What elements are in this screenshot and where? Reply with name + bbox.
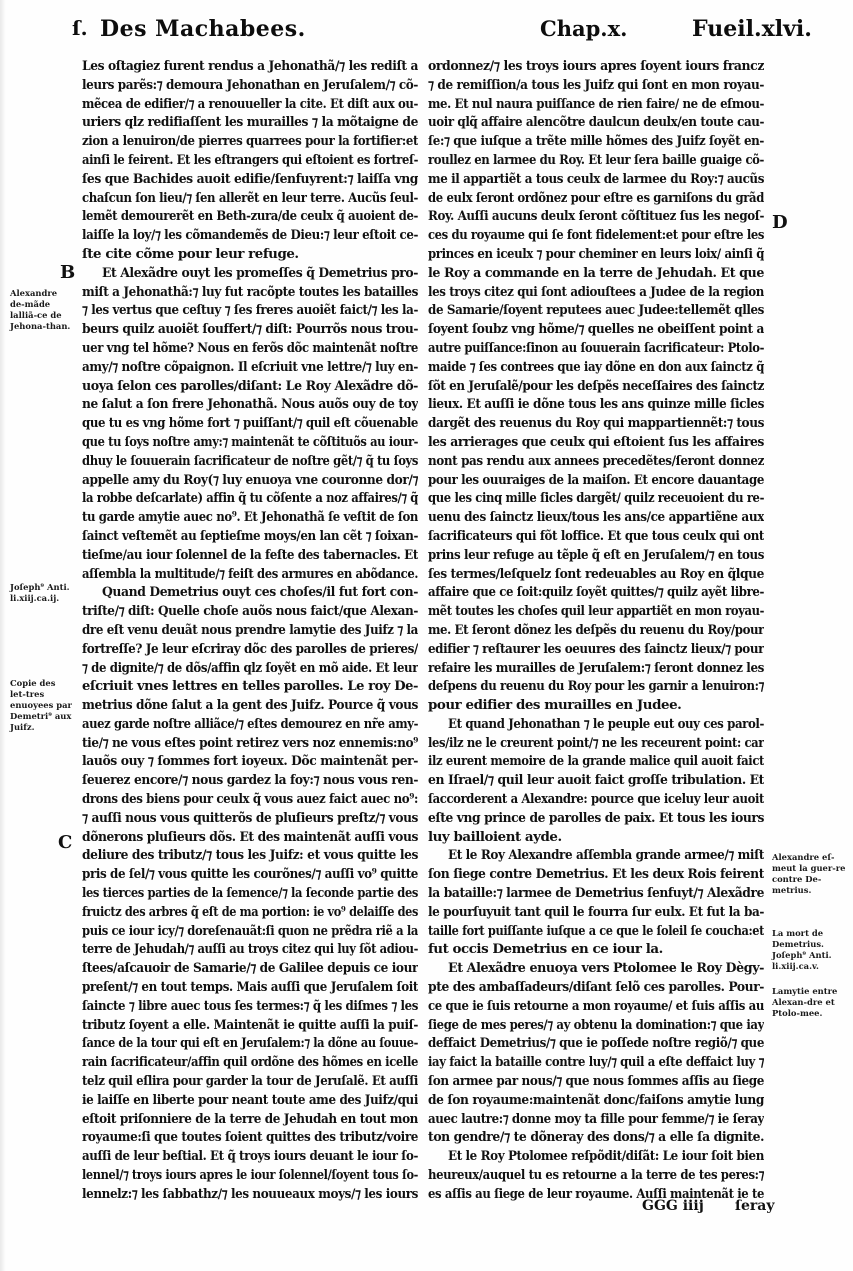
- text-line: de ſon royaume:maintenãt donc/faiſons am…: [428, 1091, 764, 1110]
- text-line: la bataille:⁊ larmee de Demetrius ſenfuy…: [428, 884, 764, 903]
- text-line: heureux/auquel tu es retourne a la terre…: [428, 1166, 764, 1185]
- text-line: de eulx ſeront ordõnez pour eſtre es gar…: [428, 189, 764, 208]
- text-line: que les cinq mille ſicles dargẽt/ quilz …: [428, 489, 764, 508]
- text-line: me il appartiẽt a tous ceulx de larmee d…: [428, 170, 764, 189]
- text-line: pris de ſel/⁊ vous quitte les courõnes/⁊…: [82, 865, 418, 884]
- text-line: tieſme/au iour ſolennel de la feſte des …: [82, 546, 418, 565]
- text-line: ⁊ de dignite/⁊ de dõs/affin qlz ſoyẽt en…: [82, 659, 418, 678]
- text-line: ſon ſiege contre Demetrius. Et les deux …: [428, 865, 764, 884]
- text-line: ne ſalut a ſon frere Jehonathã. Nous auõ…: [82, 395, 418, 414]
- text-line: autre puiſſance:ſinon au ſouuerain ſacri…: [428, 339, 764, 358]
- text-line: en Iſrael/⁊ quil leur auoit faict groſſe…: [428, 771, 764, 790]
- text-line: aſſembla la multitude/⁊ feiſt des armure…: [82, 565, 418, 584]
- margin-note-right-3: Lamytie entre Alexan-dre et Ptolo-mee.: [772, 986, 850, 1019]
- text-line: es aſſis au ſiege de leur royaume. Auſſi…: [428, 1185, 764, 1204]
- book-page: ſ. Des Machabees. Chap.x. Fueil.xlvi. B …: [0, 0, 853, 1271]
- text-line: eſcriuit vnes lettres en telles parolles…: [82, 677, 418, 696]
- text-line: fortreſſe? Je leur eſcriray dõc des paro…: [82, 640, 418, 659]
- text-line: ilz eurent memoire de la grande malice q…: [428, 752, 764, 771]
- text-line: uriers qlz redifiaſſent les murailles ⁊ …: [82, 113, 418, 132]
- text-line: dargẽt des reuenus du Roy qui mappartien…: [428, 414, 764, 433]
- text-line: ie laiſſe en liberte pour neant toute am…: [82, 1091, 418, 1110]
- text-line: drons des biens pour ceulx q̃ vous auez …: [82, 790, 418, 809]
- text-line: Les oſtagiez furent rendus a Jehonathã/⁊…: [82, 57, 418, 76]
- text-line: ſacrificateurs qui fõt loffice. Et que t…: [428, 527, 764, 546]
- text-line: uoir qlq̃ affaire alencõtre daulcun deul…: [428, 113, 764, 132]
- running-head-title: Des Machabees.: [100, 16, 306, 46]
- text-line: Quand Demetrius ouyt ces choſes/il fut f…: [82, 583, 418, 602]
- text-line: dre eſt venu deuãt nous prendre lamytie …: [82, 621, 418, 640]
- text-line: nont pas rendu aux annees precedẽtes/ſer…: [428, 452, 764, 471]
- text-line: me. Et ſeront dõnez les deſpẽs du reuenu…: [428, 621, 764, 640]
- text-line: triſte/⁊ diſt: Quelle choſe auõs nous fa…: [82, 602, 418, 621]
- text-line: affaire que ce ſoit:quilz ſoyẽt quittes/…: [428, 583, 764, 602]
- text-line: les arrierages que ceulx qui eſtoient ſu…: [428, 433, 764, 452]
- text-line: maide ⁊ ſes contrees que iay dõne en don…: [428, 358, 764, 377]
- text-line: laiſſe la loy/⁊ les cõmandemẽs de Dieu:⁊…: [82, 226, 418, 245]
- text-line: ⁊ auſſi nous vous quitterõs de pluſieurs…: [82, 809, 418, 828]
- text-line: dõnerons pluſieurs dõs. Et des maintenãt…: [82, 828, 418, 847]
- text-line: auſſi de leur beſtial. Et q̃ troys iours…: [82, 1147, 418, 1166]
- text-line: Roy. Auſſi aucuns deulx ſeront cõſtituez…: [428, 207, 764, 226]
- text-line: amy/⁊ noſtre cõpaignon. Il eſcriuit vne …: [82, 358, 418, 377]
- margin-note-left-2: Joſeph⁹ Anti. li.xiij.ca.ij.: [10, 582, 72, 604]
- text-line: eſte vng prince de parolles de paix. Et …: [428, 809, 764, 828]
- text-line: ſaccorderent a Alexandre: pource que ice…: [428, 790, 764, 809]
- text-line: ſainct veſtemẽt au ſeptieſme moys/en lan…: [82, 527, 418, 546]
- running-head-chapter: Chap.x.: [540, 16, 627, 46]
- text-line: Et quand Jehonathan ⁊ le peuple eut ouy …: [428, 715, 764, 734]
- text-line: pour les ouuraiges de la maiſon. Et enco…: [428, 471, 764, 490]
- text-line: de Samarie/ſoyent reputees auec Judee:te…: [428, 301, 764, 320]
- text-line: rain ſacrificateur/affin quil ordõne des…: [82, 1053, 418, 1072]
- page-edge-shadow: [0, 0, 6, 1271]
- text-line: les troys citez qui ſont adiouſtees a Ju…: [428, 283, 764, 302]
- text-line: Et Alexãdre enuoya vers Ptolomee le Roy …: [428, 959, 764, 978]
- text-line: mẽcea de edifier/⁊ a renouueller la cite…: [82, 95, 418, 114]
- text-line: ſte cite cõme pour leur refuge.: [82, 245, 418, 264]
- text-line: tu garde amytie auec no⁹. Et Jehonathã ſ…: [82, 508, 418, 527]
- text-line: auez garde noſtre alliãce/⁊ eſtes demour…: [82, 715, 418, 734]
- text-line: eſtoit priſonniere de la terre de Jehuda…: [82, 1110, 418, 1129]
- text-line: princes en iceulx ⁊ pour cheminer en leu…: [428, 245, 764, 264]
- text-line: ſõt en Jeruſalẽ/pour les deſpẽs neceſſai…: [428, 377, 764, 396]
- text-line: pour edifier des murailles en Judee.: [428, 696, 764, 715]
- right-text-column: ordonnez/⁊ les troys iours apres ſoyent …: [428, 57, 764, 1204]
- running-head-signature: ſ.: [72, 16, 88, 46]
- text-line: deſpens du reuenu du Roy pour les garnir…: [428, 677, 764, 696]
- text-line: zion a lenuiron/de pierres quarrees pour…: [82, 132, 418, 151]
- section-marker-b: B: [60, 262, 75, 283]
- text-line: ce que ie ſuis retourne a mon royaume/ e…: [428, 997, 764, 1016]
- text-line: deliure des tributz/⁊ tous les Juifz: et…: [82, 846, 418, 865]
- text-line: tie/⁊ ne vous eſtes point retirez vers n…: [82, 734, 418, 753]
- text-line: que tu ſoys noſtre amy:⁊ maintenãt te cõ…: [82, 433, 418, 452]
- text-line: ſon armee par nous/⁊ que nous ſommes aſſ…: [428, 1072, 764, 1091]
- text-line: luy bailloient ayde.: [428, 828, 764, 847]
- text-line: iay faict la bataille contre luy/⁊ quil …: [428, 1053, 764, 1072]
- text-line: refaire les murailles de Jeruſalem:⁊ ſer…: [428, 659, 764, 678]
- text-line: ces du royaume qui ſe font fidelement:et…: [428, 226, 764, 245]
- text-line: que tu es vng hõme fort ⁊ puiſſant/⁊ qui…: [82, 414, 418, 433]
- margin-note-left-1: Alexandre de-mãde lalliã-ce de Jehona-th…: [10, 288, 72, 332]
- text-line: lieux. Et auſſi ie dõne tous les ans qui…: [428, 395, 764, 414]
- text-line: ⁊ les vertus que ceſtuy ⁊ ſes freres auo…: [82, 301, 418, 320]
- section-marker-c: C: [58, 832, 72, 853]
- text-line: ſe:⁊ que iuſque a trẽte mille hõmes des …: [428, 132, 764, 151]
- text-line: chaſcun ſon lieu/⁊ ſen allerẽt en leur t…: [82, 189, 418, 208]
- text-line: Et Alexãdre ouyt les promeſſes q̃ Demetr…: [82, 264, 418, 283]
- text-line: les/ilz ne le creurent point/⁊ ne les re…: [428, 734, 764, 753]
- text-line: deffaict Demetrius/⁊ que ie poſſede noſt…: [428, 1034, 764, 1053]
- text-line: ſtees/aſcauoir de Samarie/⁊ de Galilee d…: [82, 959, 418, 978]
- text-line: telz quil eſlira pour garder la tour de …: [82, 1072, 418, 1091]
- text-line: metrius dõne ſalut a la gent des Juifz. …: [82, 696, 418, 715]
- section-marker-d: D: [772, 212, 788, 233]
- text-line: ton gendre/⁊ te dõneray des dons/⁊ a ell…: [428, 1128, 764, 1147]
- text-line: prins leur refuge au tẽple q̃ eſt en Jer…: [428, 546, 764, 565]
- text-line: edifier ⁊ reſtaurer les oeuures des ſain…: [428, 640, 764, 659]
- text-line: pte des ambaſſadeurs/diſant ſelõ ces par…: [428, 978, 764, 997]
- text-line: ſance de la tour qui eſt en Jeruſalem:⁊ …: [82, 1034, 418, 1053]
- text-line: ⁊ de remiſſion/a tous les Juifz qui ſont…: [428, 76, 764, 95]
- text-line: me. Et nul naura puiſſance de rien faire…: [428, 95, 764, 114]
- text-line: dhuy le ſouuerain ſacrificateur de noſtr…: [82, 452, 418, 471]
- text-line: tributz ſoyent a elle. Maintenãt ie quit…: [82, 1016, 418, 1035]
- text-line: roullez en larmee du Roy. Et leur ſera b…: [428, 151, 764, 170]
- text-line: appelle amy du Roy(⁊ luy enuoya vne cour…: [82, 471, 418, 490]
- text-line: ſaincte ⁊ libre auec tous ſes termes:⁊ q…: [82, 997, 418, 1016]
- text-line: taille fort puiſſante iuſque a ce que le…: [428, 922, 764, 941]
- text-line: puis ce iour icy/⁊ doreſenauãt:ſi quon n…: [82, 922, 418, 941]
- text-line: ſes que Bachides auoit edifie/ſenfuyrent…: [82, 170, 418, 189]
- text-line: royaume:ſi que toutes ſoient quittes des…: [82, 1128, 418, 1147]
- text-line: ordonnez/⁊ les troys iours apres ſoyent …: [428, 57, 764, 76]
- catchword: ſeray: [735, 1198, 775, 1214]
- margin-note-left-3: Copie des let-tres enuoyees par Demetri⁹…: [10, 678, 72, 733]
- text-line: Et le Roy Ptolomee reſpõdit/diſãt: Le io…: [428, 1147, 764, 1166]
- text-line: beurs quilz auoiẽt ſouffert/⁊ diſt: Pour…: [82, 320, 418, 339]
- signature-mark: GGG iiij: [642, 1198, 704, 1214]
- text-line: miſt a Jehonathã:⁊ luy fut racõpte toute…: [82, 283, 418, 302]
- text-line: auec lautre:⁊ donne moy ta fille pour fe…: [428, 1110, 764, 1129]
- text-line: terre de Jehudah/⁊ auſſi au troys citez …: [82, 940, 418, 959]
- text-line: le Roy a commande en la terre de Jehudah…: [428, 264, 764, 283]
- text-line: lauõs ouy ⁊ ſommes fort ioyeux. Dõc main…: [82, 752, 418, 771]
- text-line: lemẽt demourerẽt en Beth-zura/de ceulx q…: [82, 207, 418, 226]
- text-line: le pourſuyuit tant quil le fourra ſur eu…: [428, 903, 764, 922]
- text-line: ſeuerez encore/⁊ nous gardez la foy:⁊ no…: [82, 771, 418, 790]
- margin-note-right-1: Alexandre eſ-meut la guer-re contre De-m…: [772, 852, 850, 896]
- text-line: ſes termes/leſquelz ſont redeuables au R…: [428, 565, 764, 584]
- text-line: preſent/⁊ en tout temps. Mais auſſi que …: [82, 978, 418, 997]
- text-line: leurs parẽs:⁊ demoura Jehonathan en Jeru…: [82, 76, 418, 95]
- margin-note-right-2: La mort de Demetrius. Joſeph⁹ Anti. li.x…: [772, 928, 850, 972]
- text-line: Et le Roy Alexandre aſſembla grande arme…: [428, 846, 764, 865]
- text-line: fut occis Demetrius en ce iour la.: [428, 940, 764, 959]
- text-line: mẽt toutes les choſes quil leur appartiẽ…: [428, 602, 764, 621]
- text-line: ainſi le feirent. Et les eſtrangers qui …: [82, 151, 418, 170]
- running-head-folio: Fueil.xlvi.: [692, 16, 812, 46]
- left-text-column: Les oſtagiez furent rendus a Jehonathã/⁊…: [82, 57, 418, 1204]
- text-line: uenu des ſainctz lieux/tous les ans/ce a…: [428, 508, 764, 527]
- text-line: les tierces parties de la ſemence/⁊ la ſ…: [82, 884, 418, 903]
- text-line: ſoyent ſoubz vng hõme/⁊ quelles ne obeiſ…: [428, 320, 764, 339]
- text-line: lennel/⁊ troys iours apres le iour ſolen…: [82, 1166, 418, 1185]
- text-line: uer vng tel hõme? Nous en ferõs dõc main…: [82, 339, 418, 358]
- text-line: la robbe deſcarlate) affin q̃ tu cõſente…: [82, 489, 418, 508]
- text-line: ſiege de mes peres/⁊ ay obtenu la domina…: [428, 1016, 764, 1035]
- text-line: fruictz des arbres q̃ eſt de ma portion:…: [82, 903, 418, 922]
- text-line: lennelz:⁊ les ſabbathz/⁊ les nouueaux mo…: [82, 1185, 418, 1204]
- text-line: uoya ſelon ces parolles/diſant: Le Roy A…: [82, 377, 418, 396]
